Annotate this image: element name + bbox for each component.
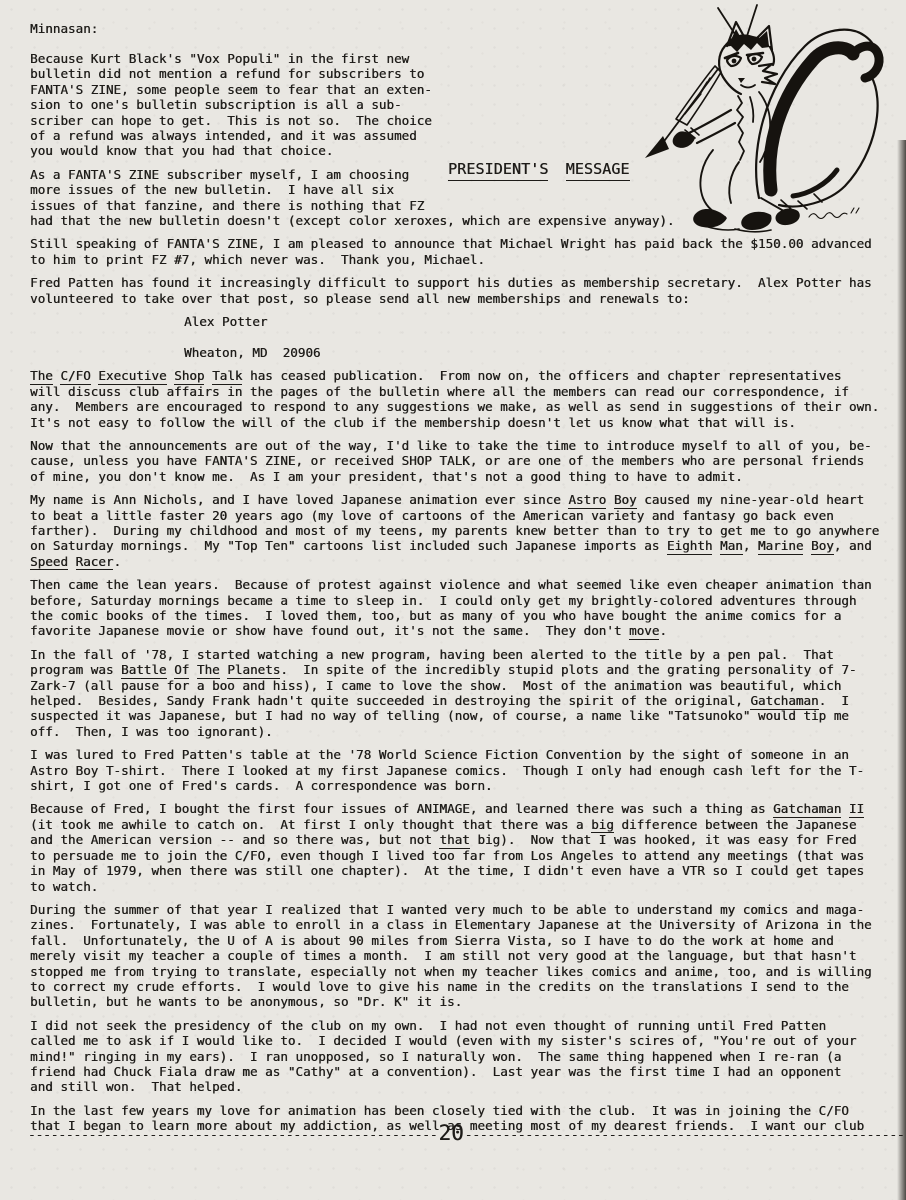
underlined-title: Boy	[811, 538, 834, 555]
paragraph: The C/FO Executive Shop Talk has ceased …	[30, 368, 898, 430]
underlined-title: The	[30, 368, 53, 385]
footer-dashes-right: ----------------------------------------…	[465, 1127, 905, 1142]
underlined-title: Man	[720, 538, 743, 555]
underlined-title: move	[629, 623, 659, 640]
paragraph: Alex Potter Wheaton, MD 20906	[30, 314, 898, 360]
page: Minnasan: PRESIDENT'S MESSAGE	[0, 0, 906, 1200]
page-footer: ----------------------------------------…	[28, 1122, 906, 1146]
underlined-title: Eighth	[667, 538, 713, 555]
underlined-title: Boy	[614, 492, 637, 509]
scan-edge-shadow	[897, 140, 906, 1200]
underlined-title: that	[439, 832, 469, 849]
page-number: 20	[438, 1122, 463, 1145]
underlined-title: Battle	[121, 662, 167, 679]
paragraph: Because of Fred, I bought the first four…	[30, 801, 898, 893]
underlined-title: Marine	[758, 538, 804, 555]
paragraph: During the summer of that year I realize…	[30, 902, 898, 1010]
salutation: Minnasan:	[30, 21, 98, 36]
paragraph: Now that the announcements are out of th…	[30, 438, 898, 484]
underlined-title: Executive	[98, 368, 166, 385]
paragraph: As a FANTA'S ZINE subscriber myself, I a…	[30, 167, 898, 229]
underlined-title: Of	[174, 662, 189, 679]
underlined-title: Speed	[30, 554, 68, 571]
underlined-title: Gatchaman	[773, 801, 841, 818]
paragraph: I did not seek the presidency of the clu…	[30, 1018, 898, 1095]
underlined-title: II	[849, 801, 864, 818]
paragraph: Still speaking of FANTA'S ZINE, I am ple…	[30, 236, 898, 267]
paragraph: Fred Patten has found it increasingly di…	[30, 275, 898, 306]
paragraph: In the fall of '78, I started watching a…	[30, 647, 898, 739]
underlined-title: Planets	[227, 662, 280, 679]
underlined-title: Racer	[76, 554, 114, 571]
paragraph: I was lured to Fred Patten's table at th…	[30, 747, 898, 793]
underlined-title: The	[197, 662, 220, 679]
underlined-title: big	[591, 817, 614, 834]
underlined-title: Talk	[212, 368, 242, 385]
footer-dashes-left: ----------------------------------------…	[28, 1127, 437, 1142]
paragraph: Because Kurt Black's "Vox Populi" in the…	[30, 51, 898, 159]
paragraph: Then came the lean years. Because of pro…	[30, 577, 898, 639]
paragraph: My name is Ann Nichols, and I have loved…	[30, 492, 898, 569]
body-text: Because Kurt Black's "Vox Populi" in the…	[30, 51, 898, 1142]
underlined-title: C/FO	[60, 368, 90, 385]
underlined-title: Astro	[568, 492, 606, 509]
underlined-title: Gatchaman	[750, 693, 818, 710]
underlined-title: Shop	[174, 368, 204, 385]
